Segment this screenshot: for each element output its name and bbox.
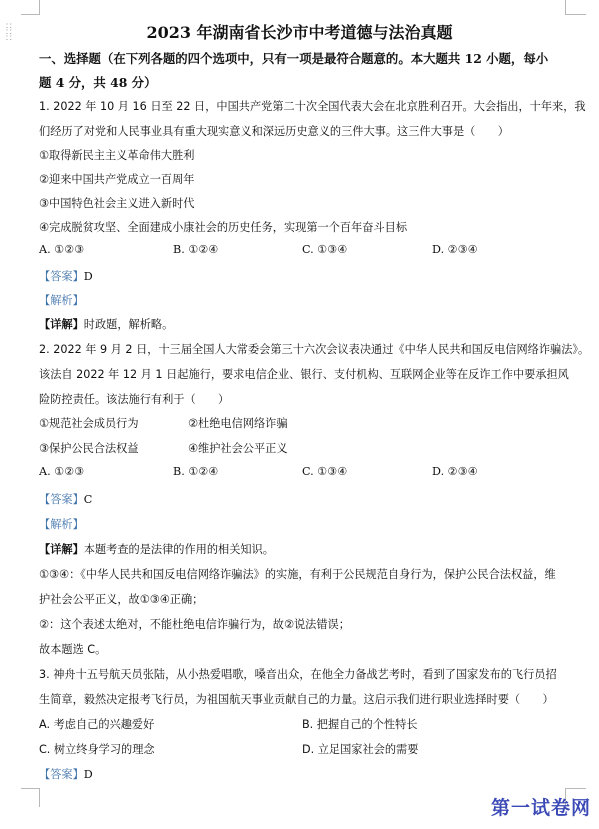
- q2-item: ④维护社会公平正义: [188, 440, 288, 456]
- q2-option-b: B. ①②④: [173, 465, 218, 478]
- q2-explanation-line: 故本题选 C。: [39, 641, 106, 657]
- q3-option-a: A. 考虑自己的兴趣爱好: [39, 716, 154, 732]
- section-header: 一、选择题（在下列各题的四个选项中，只有一项是最符合题意的。本大题共 12 小题…: [39, 49, 548, 67]
- page-corner-mark-top-right: [565, 0, 586, 15]
- q2-detail: 【详解】本题考查的是法律的作用的相关知识。: [39, 541, 274, 557]
- q2-explanation-line: ①③④：《中华人民共和国反电信网络诈骗法》的实施，有利于公民规范自身行为，保护公…: [39, 566, 556, 582]
- q2-stem-line: 2. 2022 年 9 月 2 日，十三届全国人大常委会第三十六次会议表决通过《…: [39, 341, 589, 357]
- watermark-logo: 第一试卷网: [491, 793, 591, 820]
- page-corner-mark-bottom-left: [21, 788, 40, 807]
- q1-option-a: A. ①②③: [39, 243, 84, 256]
- q3-option-b: B. 把握自己的个性特长: [302, 716, 417, 732]
- q1-answer: 【答案】D: [39, 268, 93, 284]
- page-title: 2023 年湖南省长沙市中考道德与法治真题: [0, 20, 599, 43]
- q3-stem-line: 3. 神舟十五号航天员张陆，从小热爱唱歌，嗓音出众，在他全力备战艺考时，看到了国…: [39, 666, 557, 682]
- q2-option-c: C. ①③④: [302, 465, 347, 478]
- q1-analysis-label: 【解析】: [39, 292, 84, 308]
- q2-item: ③保护公民合法权益: [39, 440, 139, 456]
- q2-explanation-line: ②：这个表述太绝对，不能杜绝电信诈骗行为，故②说法错误；: [39, 616, 350, 632]
- q1-item: ④完成脱贫攻坚、全面建成小康社会的历史任务，实现第一个百年奋斗目标: [39, 219, 407, 235]
- q2-item: ②杜绝电信网络诈骗: [188, 415, 288, 431]
- q1-item: ③中国特色社会主义进入新时代: [39, 195, 194, 211]
- q2-option-d: D. ②③④: [432, 465, 478, 478]
- q1-item: ①取得新民主主义革命伟大胜利: [39, 147, 194, 163]
- q1-option-d: D. ②③④: [432, 243, 478, 256]
- q2-item: ①规范社会成员行为: [39, 415, 139, 431]
- q2-stem-line: 该法自 2022 年 12 月 1 日起施行，要求电信企业、银行、支付机构、互联…: [39, 366, 569, 382]
- q2-explanation-line: 护社会公平正义，故①③④正确；: [39, 591, 203, 607]
- q1-option-b: B. ①②④: [173, 243, 218, 256]
- page-corner-mark-top-left: [21, 0, 40, 15]
- q1-option-c: C. ①③④: [302, 243, 347, 256]
- q2-answer: 【答案】C: [39, 491, 92, 507]
- q3-answer: 【答案】D: [39, 766, 93, 782]
- section-header-cont: 题 4 分，共 48 分）: [39, 73, 156, 91]
- q2-option-a: A. ①②③: [39, 465, 84, 478]
- q3-stem-line: 生简章，毅然决定报考飞行员，为祖国航天事业贡献自己的力量。这启示我们进行职业选择…: [39, 691, 554, 707]
- q1-stem-line: 们经历了对党和人民事业具有重大现实意义和深远历史意义的三件大事。这三件大事是（ …: [39, 123, 509, 139]
- q2-stem-line: 险防控责任。该法施行有利于（ ）: [39, 391, 229, 407]
- q3-option-d: D. 立足国家社会的需要: [302, 741, 418, 757]
- q1-detail: 【详解】时政题，解析略。: [39, 316, 173, 332]
- q3-option-c: C. 树立终身学习的理念: [39, 741, 155, 757]
- q1-item: ②迎来中国共产党成立一百周年: [39, 171, 194, 187]
- q1-stem-line: 1. 2022 年 10 月 16 日至 22 日，中国共产党第二十次全国代表大…: [39, 98, 586, 114]
- q2-analysis-label: 【解析】: [39, 516, 84, 532]
